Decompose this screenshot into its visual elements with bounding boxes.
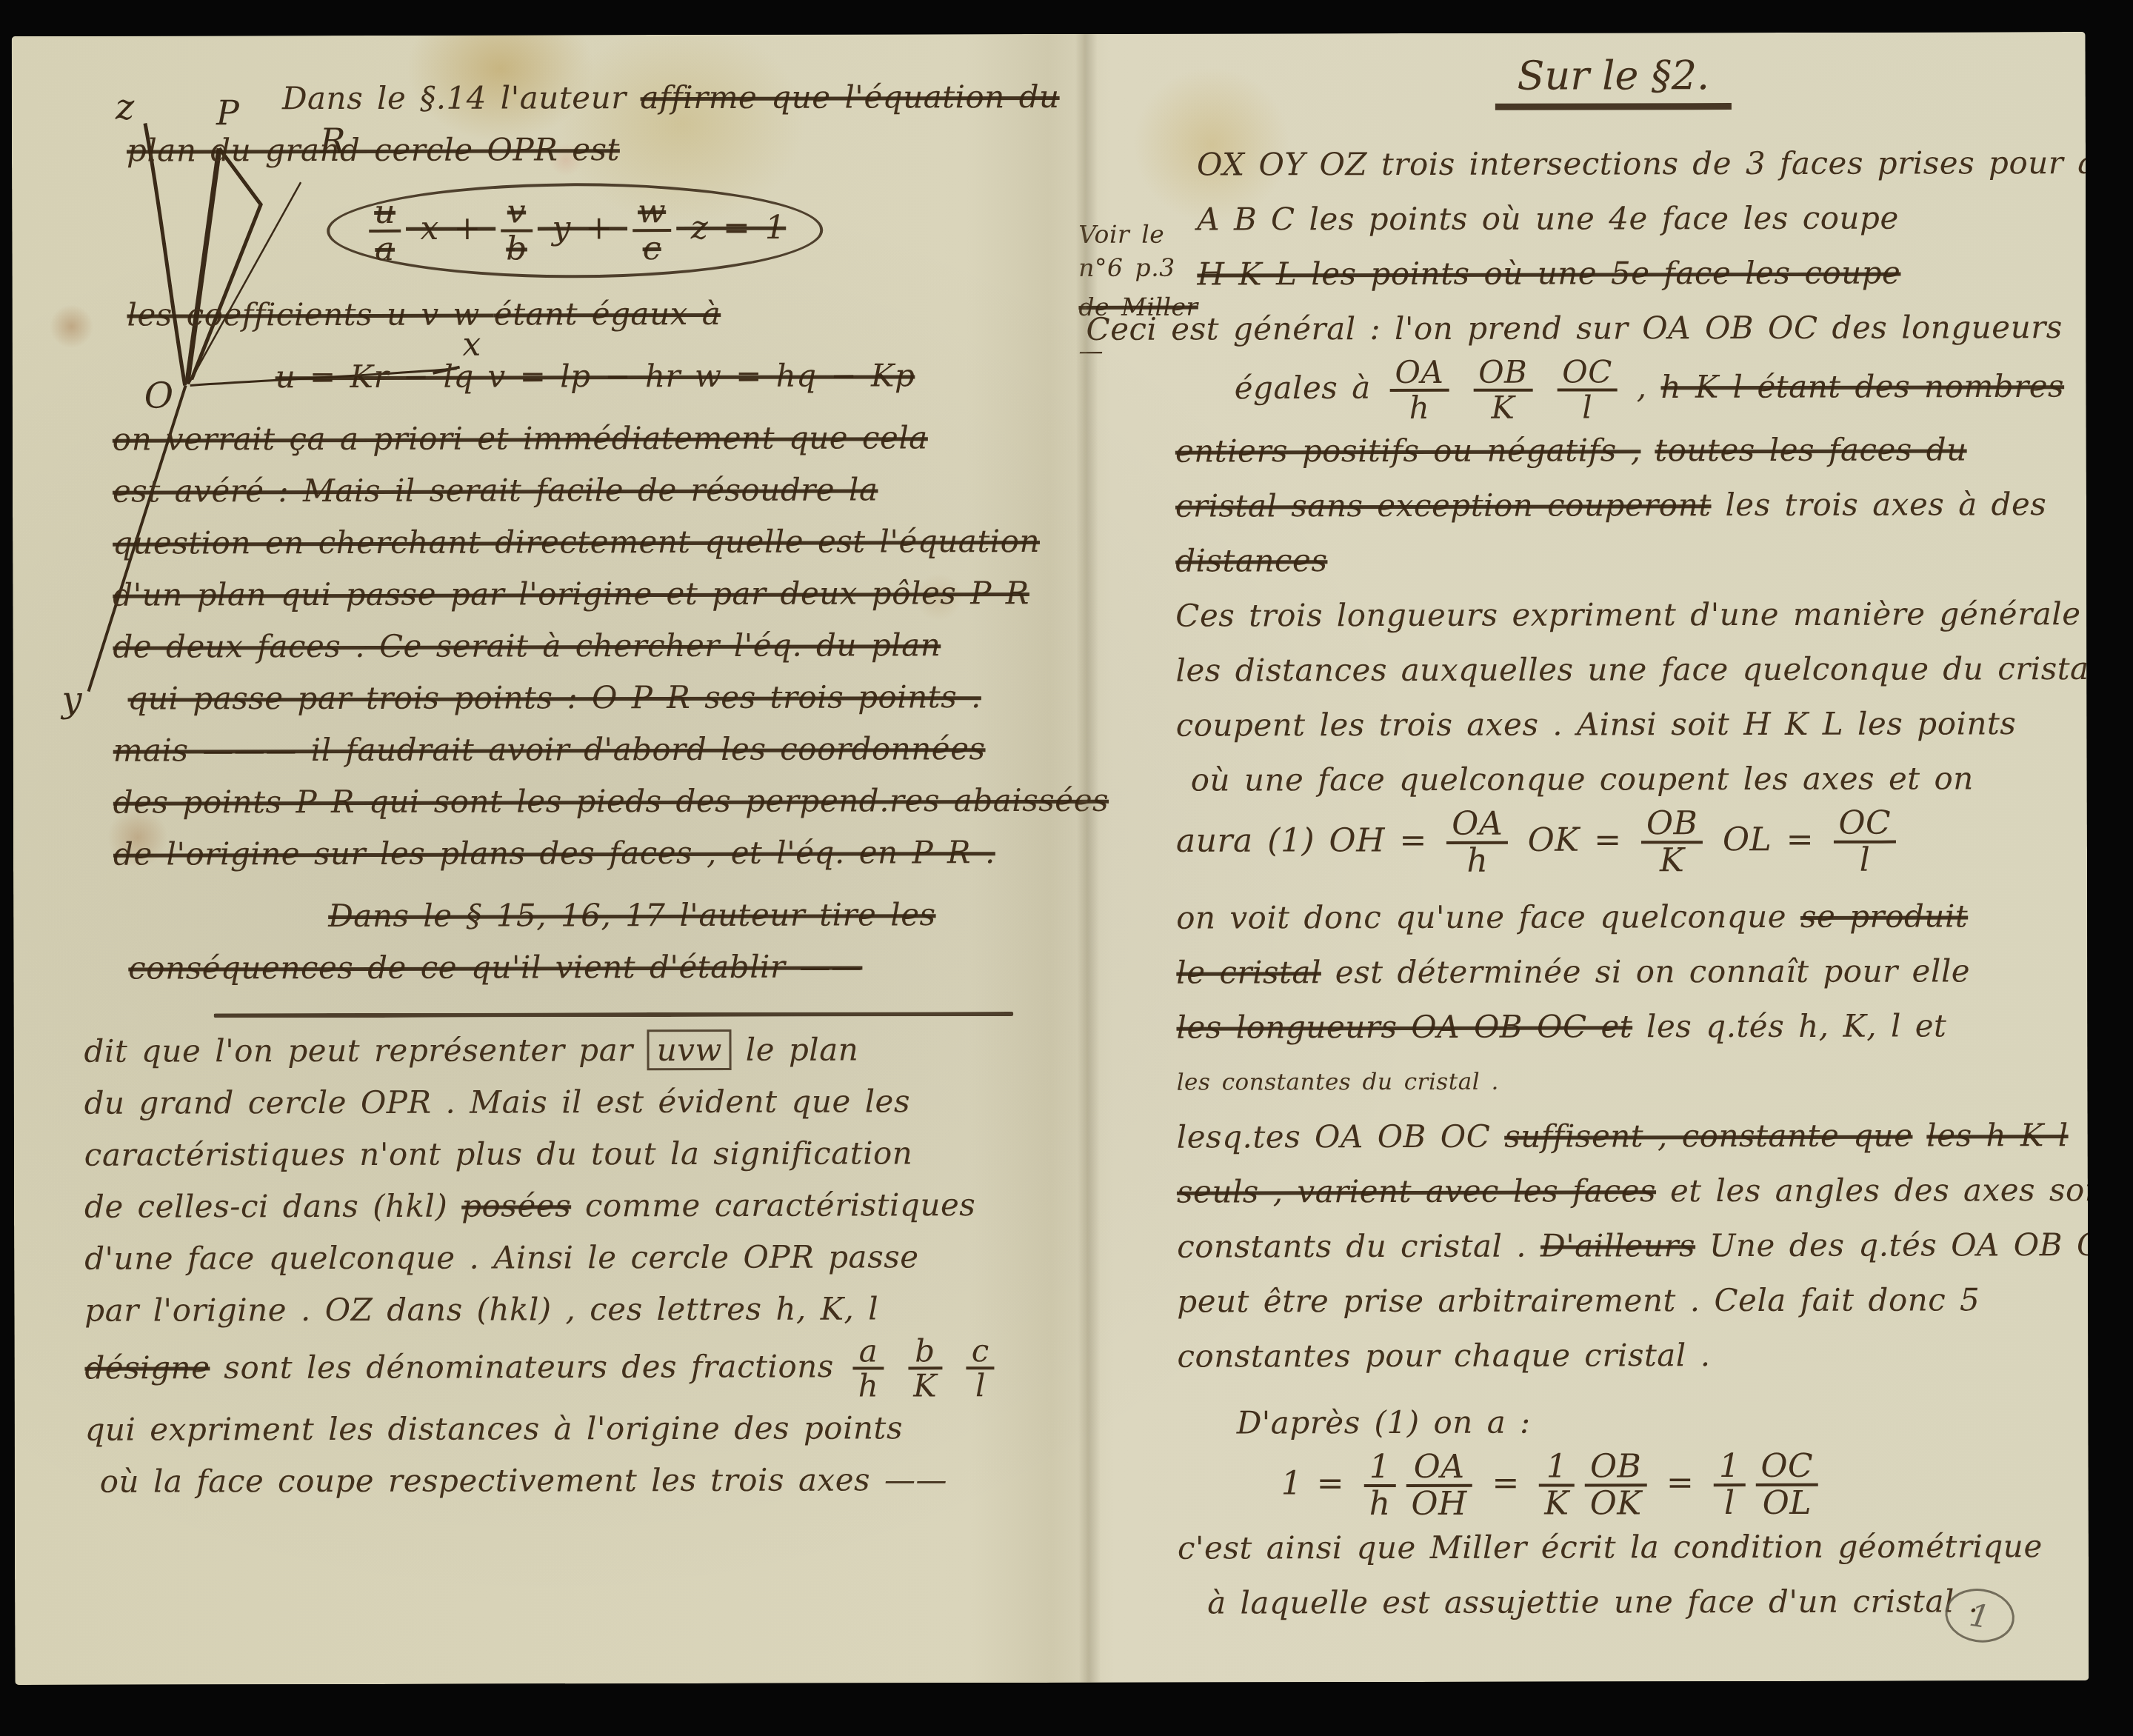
struck-text: seuls , varient avec les faces (1177, 1172, 1656, 1209)
manuscript-line: H K L les points où une 5e face les coup… (1197, 245, 2082, 302)
manuscript-line: Dans le §.14 l'auteur affirme que l'équa… (282, 71, 1071, 124)
fraction: OBOK (1585, 1449, 1647, 1520)
handwritten-text: = (1478, 1464, 1534, 1502)
fraction-denominator: c (632, 232, 671, 266)
manuscript-line: peut être prise arbitrairement . Cela fa… (1177, 1272, 2084, 1329)
manuscript-line: seuls , varient avec les faces et les an… (1177, 1163, 2084, 1220)
fraction: 1K (1539, 1449, 1575, 1520)
handwritten-text: les trois axes à des (1711, 487, 2046, 524)
handwritten-text: dit que l'on peut représenter par (84, 1032, 647, 1069)
manuscript-line: aura (1) OH = OAh OK = OBK OL = OCl (1176, 806, 2083, 878)
fraction-numerator: OB (1641, 807, 1703, 844)
struck-text: question en cherchant directement quelle… (113, 523, 1040, 561)
manuscript-line: 1 = 1hOAOH = 1KOBOK = 1lOCOL (1281, 1449, 2085, 1521)
manuscript-line: le cristal est déterminée si on connaît … (1176, 944, 2083, 1001)
handwritten-text: caractéristiques n'ont plus du tout la s… (84, 1135, 913, 1172)
fraction-numerator: OA (1406, 1450, 1472, 1487)
fraction-denominator: a (369, 233, 401, 267)
struck-text: suffisent , constante que (1504, 1117, 1912, 1154)
fraction-denominator: K (1473, 391, 1532, 424)
fraction-denominator: h (1390, 392, 1449, 424)
handwritten-text: 1 = (1281, 1464, 1359, 1502)
fraction-numerator: v (501, 195, 533, 232)
fraction-numerator: OC (1557, 355, 1618, 391)
manuscript-line: ua x + vb y + wc z = 1 (327, 182, 1071, 278)
manuscript-line: question en cherchant directement quelle… (113, 515, 1072, 569)
manuscript-line: qui expriment les distances à l'origine … (85, 1402, 1074, 1456)
fraction: bK (908, 1335, 942, 1402)
handwritten-text: qui expriment les distances à l'origine … (85, 1409, 904, 1447)
handwritten-text: uvw (647, 1029, 732, 1069)
section-title: Sur le §2. (1495, 52, 1732, 110)
fraction: wc (632, 195, 671, 266)
manuscript-line: Ces trois longueurs expriment d'une mani… (1175, 587, 2083, 644)
fraction: OBK (1473, 356, 1532, 424)
fraction-denominator: K (1539, 1486, 1574, 1520)
manuscript-line: du grand cercle OPR . Mais il est éviden… (84, 1075, 1073, 1129)
manuscript-line: D'après (1) on a : (1237, 1394, 2085, 1450)
section-title-line: Sur le §2. (1145, 51, 2082, 111)
fraction-denominator: l (1557, 391, 1618, 424)
fraction-denominator: K (1641, 844, 1703, 878)
fraction: OAh (1446, 807, 1508, 878)
struck-text: u = Kr − lq v = lp − hr w = hq − Kp (276, 357, 915, 395)
struck-text: d'un plan qui passe par l'origine et par… (113, 575, 1029, 613)
manuscript-line: u = Kr − lq v = lp − hr w = hq − Kp (276, 349, 1072, 402)
handwritten-text: OK = (1513, 821, 1636, 859)
struck-text: on verrait ça a priori et immédiatement … (113, 419, 928, 457)
handwritten-text: OL = (1708, 821, 1828, 858)
handwritten-text: Dans le §.14 l'auteur (282, 79, 641, 116)
handwritten-text: c'est ainsi que Miller écrit la conditio… (1178, 1529, 2043, 1566)
handwritten-text (1640, 433, 1655, 469)
manuscript-line: mais ——— il faudrait avoir d'abord les c… (113, 722, 1072, 776)
struck-text: étant égaux à (494, 295, 721, 332)
handwritten-text: par l'origine . OZ dans (hkl) , ces lett… (84, 1290, 878, 1328)
manuscript-line: des points P R qui sont les pieds des pe… (113, 774, 1072, 828)
handwritten-text: égales à (1235, 370, 1385, 406)
fraction-numerator: a (853, 1335, 884, 1370)
manuscript-line: désigne sont les dénominateurs des fract… (84, 1334, 1073, 1403)
struck-text: posées (461, 1187, 571, 1223)
fraction: OCl (1833, 807, 1896, 878)
manuscript-line: qui passe par trois points : O P R ses t… (127, 670, 1072, 724)
manuscript-line: conséquences de ce qu'il vient d'établir… (128, 940, 1072, 994)
struck-text: les h K l (1926, 1117, 2068, 1153)
fraction-numerator: 1 (1364, 1450, 1396, 1487)
fraction-denominator: b (501, 232, 533, 266)
struck-text: toutes les faces du (1655, 432, 1966, 469)
struck-text: cristal sans exception couperont (1175, 487, 1712, 524)
fraction-denominator: l (1834, 844, 1897, 878)
handwritten-text: OX OY OZ trois intersections de 3 faces … (1197, 144, 2089, 183)
handwritten-text: Ces trois longueurs expriment d'une mani… (1175, 595, 2080, 634)
handwritten-text (889, 1348, 903, 1384)
struck-text: conséquences de ce qu'il vient d'établir… (128, 948, 862, 986)
manuscript-line: lesq.tes OA OB OC suffisent , constante … (1177, 1108, 2084, 1165)
struck-text: Dans le § 15, 16, 17 l'auteur tire les (328, 896, 936, 934)
struck-text: y + (538, 209, 627, 247)
handwritten-text: où une face quelconque coupent les axes … (1191, 761, 1974, 798)
left-page-text: Dans le §.14 l'auteur affirme que l'équa… (82, 71, 1074, 1508)
handwritten-text: de celles-ci dans (hkl) (84, 1187, 461, 1224)
manuscript-line: les distances auxquelles une face quelco… (1175, 641, 2083, 698)
manuscript-line: plan du grand cercle OPR est (127, 123, 1071, 177)
fraction: 1l (1714, 1449, 1746, 1520)
handwritten-text: = (1652, 1463, 1709, 1501)
manuscript-line: de l'origine sur les plans des faces , e… (113, 826, 1072, 880)
manuscript-line: coupent les trois axes . Ainsi soit H K … (1176, 696, 2083, 753)
handwritten-text (1912, 1117, 1926, 1153)
handwritten-text (1454, 369, 1468, 405)
struck-text: les longueurs OA OB OC et (1176, 1008, 1632, 1045)
manuscript-line: on verrait ça a priori et immédiatement … (113, 411, 1072, 465)
fraction-denominator: h (1446, 844, 1508, 878)
struck-text: distances (1175, 543, 1327, 579)
struck-text: le cristal (1176, 954, 1321, 990)
struck-text: désigne (84, 1349, 210, 1386)
fraction: cl (967, 1335, 995, 1402)
fraction-numerator: c (967, 1335, 995, 1370)
fraction: OAh (1389, 356, 1449, 424)
handwritten-text: et les angles des axes sont les (1656, 1172, 2089, 1209)
manuscript-line: d'une face quelconque . Ainsi le cercle … (84, 1230, 1073, 1284)
fraction: OCOL (1755, 1449, 1818, 1520)
handwritten-text (947, 1347, 961, 1383)
struck-text: entiers positifs ou négatifs , (1175, 433, 1641, 470)
fraction: OBK (1641, 807, 1703, 878)
manuscript-line: égales à OAh OBK OCl , h K l étant des n… (1235, 355, 2083, 424)
manuscript-line: les coefficients u v w étant égaux à (127, 287, 1071, 341)
fraction-numerator: 1 (1539, 1449, 1574, 1486)
fraction-numerator: OC (1755, 1449, 1818, 1486)
struck-text: h K l étant des nombres (1660, 368, 2064, 405)
manuscript-line: entiers positifs ou négatifs , toutes le… (1175, 422, 2083, 479)
fraction: ua (369, 196, 401, 267)
manuscript-line: c'est ainsi que Miller écrit la conditio… (1178, 1519, 2085, 1576)
struck-text: plan du grand cercle OPR est (127, 131, 620, 168)
manuscript-line: d'un plan qui passe par l'origine et par… (113, 567, 1072, 621)
handwritten-text: on voit donc qu'une face quelconque (1176, 898, 1800, 936)
fraction-numerator: OB (1473, 356, 1532, 392)
fraction-numerator: OA (1389, 356, 1449, 392)
handwritten-text: comme caractéristiques (571, 1186, 975, 1223)
right-page-text: Sur le §2. OX OY OZ trois intersections … (1145, 51, 2085, 1631)
manuscript-line: caractéristiques n'ont plus du tout la s… (84, 1126, 1073, 1181)
handwritten-text: Une des q.tés OA OB OC (1695, 1226, 2089, 1263)
fraction: 1h (1364, 1450, 1396, 1521)
manuscript-line: est avéré : Mais il serait facile de rés… (113, 463, 1072, 517)
fraction-numerator: b (908, 1335, 942, 1370)
fraction-denominator: OK (1585, 1486, 1647, 1520)
struck-text: se produit (1800, 898, 1968, 934)
manuscript-line: où une face quelconque coupent les axes … (1191, 751, 2083, 808)
fraction-numerator: OB (1585, 1449, 1647, 1486)
handwritten-text: Ceci est général : l'on prend sur OA OB … (1086, 309, 2062, 347)
separator-stroke (213, 1012, 1013, 1018)
fraction-numerator: 1 (1714, 1449, 1746, 1486)
manuscript-line: de deux faces . Ce serait à chercher l'é… (113, 618, 1072, 672)
manuscript-line: cristal sans exception couperont les tro… (1175, 477, 2083, 534)
handwritten-text: sont les dénominateurs des fractions (210, 1348, 847, 1386)
handwritten-text: lesq.tes OA OB OC (1177, 1118, 1505, 1155)
fraction-denominator: OL (1755, 1486, 1818, 1520)
fraction-numerator: OC (1833, 807, 1896, 844)
fraction-denominator: l (1714, 1486, 1746, 1520)
struck-text: des points P R qui sont les pieds des pe… (113, 781, 1109, 820)
manuscript-line: de celles-ci dans (hkl) posées comme car… (84, 1178, 1073, 1232)
handwritten-text: A B C les points où une 4e face les coup… (1197, 200, 1899, 238)
handwritten-text: coupent les trois axes . Ainsi soit H K … (1176, 706, 2017, 744)
manuscript-line: distances (1175, 532, 2083, 589)
manuscript-line: Dans le § 15, 16, 17 l'auteur tire les (328, 888, 1072, 941)
handwritten-text (1538, 369, 1552, 405)
fraction: OCl (1557, 355, 1618, 424)
handwritten-text: aura (1) OH = (1176, 821, 1442, 860)
manuscript-line: OX OY OZ trois intersections de 3 faces … (1197, 136, 2082, 193)
handwritten-text: d'une face quelconque . Ainsi le cercle … (84, 1238, 919, 1276)
struck-text: mais ——— il faudrait avoir d'abord les c… (113, 730, 986, 768)
handwritten-text: à laquelle est assujettie une face d'un … (1207, 1583, 1979, 1621)
struck-text: x + (406, 210, 495, 247)
handwritten-text: le plan (732, 1031, 859, 1067)
manuscript-line: les constantes du cristal . (1177, 1053, 2084, 1110)
handwritten-text: est déterminée si on connaît pour elle (1321, 952, 1970, 990)
fraction-numerator: w (632, 195, 671, 232)
fraction: ah (853, 1335, 884, 1402)
struck-text: z = 1 (676, 209, 786, 247)
right-page-lines: OX OY OZ trois intersections de 3 faces … (1145, 136, 2085, 1631)
handwritten-text: les q.tés h, K, l et (1632, 1007, 1946, 1044)
handwritten-text: , (1623, 369, 1661, 405)
struck-text: de deux faces . Ce serait à chercher l'é… (113, 627, 941, 664)
struck-text: affirme que l'équation du (641, 79, 1060, 116)
fraction-denominator: OH (1406, 1486, 1472, 1520)
manuscript-line: Ceci est général : l'on prend sur OA OB … (1086, 300, 2082, 357)
manuscript-line: par l'origine . OZ dans (hkl) , ces lett… (84, 1282, 1073, 1336)
struck-text: les coefficients u v w (127, 296, 493, 333)
manuscript-sheet: z P R O x y Dans le §.14 l'auteur affirm… (12, 32, 2089, 1685)
handwritten-text: les distances auxquelles une face quelco… (1175, 650, 2089, 689)
handwritten-text: constants du cristal . (1177, 1227, 1540, 1264)
struck-text: qui passe par trois points : O P R ses t… (127, 678, 981, 716)
manuscript-line: A B C les points où une 4e face les coup… (1197, 190, 2082, 247)
manuscript-line: dit que l'on peut représenter par uvw le… (84, 1023, 1072, 1077)
struck-text: H K L les points où une 5e face les coup… (1197, 255, 1900, 293)
handwritten-text: peut être prise arbitrairement . Cela fa… (1177, 1281, 1980, 1319)
handwritten-text: D'après (1) on a : (1237, 1403, 1531, 1440)
fraction: OAOH (1406, 1450, 1472, 1521)
fraction-denominator: l (967, 1369, 995, 1402)
struck-text: est avéré : Mais il serait facile de rés… (113, 471, 878, 509)
manuscript-line: où la face coupe respectivement les troi… (100, 1454, 1074, 1508)
manuscript-line: constantes pour chaque cristal . (1177, 1327, 2084, 1384)
circled-equation: ua x + vb y + wc z = 1 (327, 183, 823, 278)
manuscript-photo: { "colors": { "paper": "#d8d3b8", "ink":… (0, 0, 2133, 1736)
handwritten-text: les constantes du cristal . (1177, 1069, 1499, 1096)
handwritten-text: où la face coupe respectivement les troi… (100, 1461, 947, 1499)
fraction-denominator: K (908, 1369, 942, 1402)
y-axis-label: y (60, 679, 82, 721)
struck-text: D'ailleurs (1540, 1227, 1695, 1263)
manuscript-line: on voit donc qu'une face quelconque se p… (1176, 889, 2083, 946)
handwritten-text: constantes pour chaque cristal . (1177, 1337, 1710, 1375)
struck-text: de l'origine sur les plans des faces , e… (113, 834, 995, 872)
handwritten-text: du grand cercle OPR . Mais il est éviden… (84, 1083, 910, 1121)
fraction-numerator: OA (1446, 807, 1508, 844)
fraction-denominator: h (1364, 1487, 1396, 1521)
manuscript-line: constants du cristal . D'ailleurs Une de… (1177, 1218, 2084, 1275)
fraction-numerator: u (369, 196, 401, 233)
manuscript-line: les longueurs OA OB OC et les q.tés h, K… (1176, 998, 2083, 1055)
fraction-denominator: h (853, 1370, 884, 1403)
fraction: vb (501, 195, 533, 266)
